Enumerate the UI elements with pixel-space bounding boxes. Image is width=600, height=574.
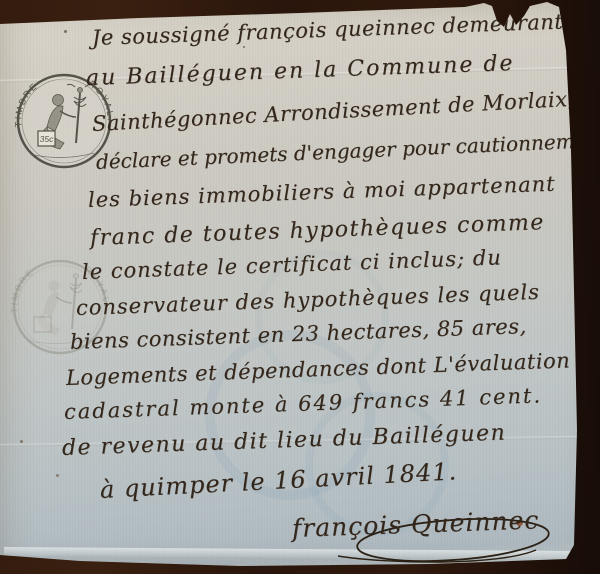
- manuscript-line: les biens immobiliers à moi appartenant: [88, 172, 556, 212]
- stamp-value-box: [34, 317, 51, 332]
- manuscript-line: Sainthégonnec Arrondissement de Morlaix,: [91, 87, 575, 136]
- stamp-value: 35c: [40, 134, 54, 144]
- manuscript-line: franc de toutes hypothèques comme: [90, 210, 546, 251]
- manuscript-paper: TIMBRE ROYAL. TIMBRE: [0, 0, 600, 574]
- manuscript-line: au Bailléguen en la Commune de: [86, 51, 515, 91]
- ink-speck: [56, 474, 59, 477]
- blind-stamp-text-left: TIMBRE: [10, 266, 36, 313]
- svg-text:TIMBRE: TIMBRE: [10, 266, 36, 313]
- manuscript-line: déclare et promets d'engager pour cautio…: [95, 128, 600, 174]
- figure-head: [49, 281, 60, 292]
- figure-arm: [56, 297, 72, 303]
- ink-speck: [243, 46, 245, 48]
- figure-head: [53, 95, 64, 106]
- photograph-background: TIMBRE ROYAL. TIMBRE: [0, 0, 600, 574]
- ink-speck: [64, 30, 67, 33]
- figure-torso: [43, 292, 59, 317]
- manuscript-line: Je soussigné françois queinnec demeurant: [92, 10, 564, 50]
- ink-speck: [20, 440, 23, 443]
